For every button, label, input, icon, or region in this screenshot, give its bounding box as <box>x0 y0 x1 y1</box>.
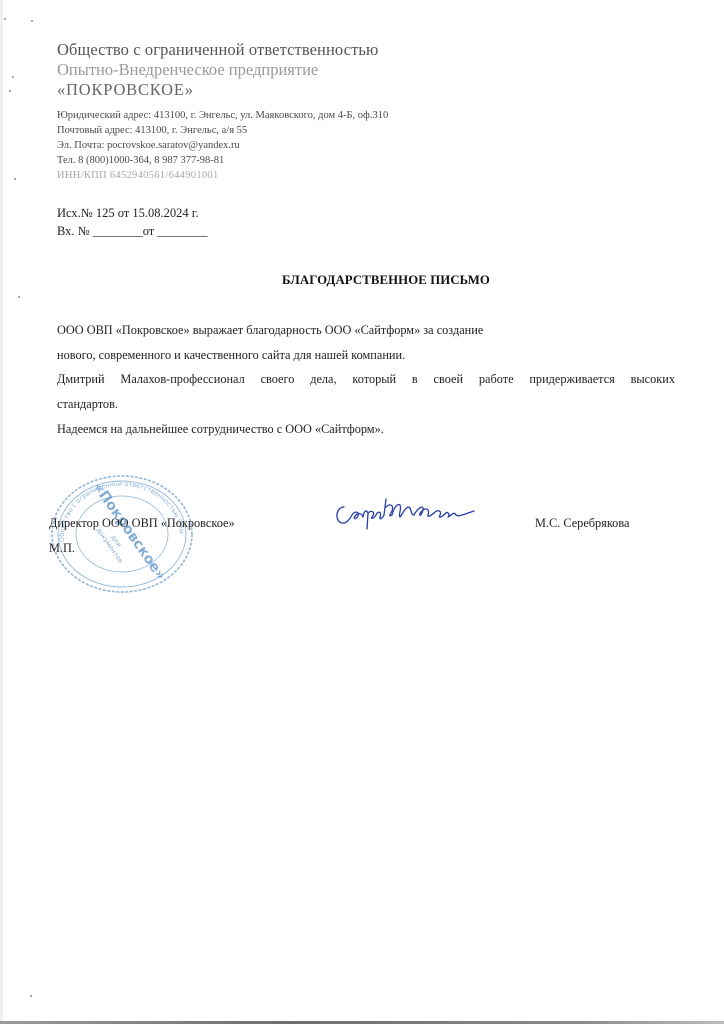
body-paragraph-2-line-2: стандартов. <box>57 397 118 412</box>
scan-speck <box>14 178 16 180</box>
director-position: Директор ООО ОВП «Покровское» <box>49 516 235 531</box>
handwritten-signature <box>330 493 480 533</box>
scan-speck <box>18 296 20 298</box>
scan-speck <box>30 995 32 997</box>
body-paragraph-3: Надеемся на дальнейшее сотрудничество с … <box>57 422 384 437</box>
email-address: Эл. Почта: pocrovskoe.saratov@yandex.ru <box>57 140 240 151</box>
letter-page: Общество с ограниченной ответственностью… <box>0 0 724 1024</box>
incoming-number: Вх. № ________от ________ <box>57 224 207 239</box>
letterhead-org-subtitle: Опытно-Внедренческое предприятие <box>57 60 318 80</box>
body-paragraph-2-line-1: Дмитрий Малахов-профессионал своего дела… <box>57 372 675 387</box>
signer-name: М.С. Серебрякова <box>535 516 629 531</box>
phone-numbers: Тел. 8 (800)1000-364, 8 987 377-98-81 <box>57 155 224 166</box>
letterhead-org-type: Общество с ограниченной ответственностью <box>57 40 378 60</box>
scan-speck <box>31 20 33 22</box>
legal-address: Юридический адрес: 413100, г. Энгельс, у… <box>57 110 388 121</box>
outgoing-number: Исх.№ 125 от 15.08.2024 г. <box>57 206 199 221</box>
body-paragraph-1-line-2: нового, современного и качественного сай… <box>57 348 405 363</box>
scan-speck <box>9 90 11 92</box>
postal-address: Почтовый адрес: 413100, г. Энгельс, а/я … <box>57 125 247 136</box>
body-paragraph-1-line-1: ООО ОВП «Покровское» выражает благодарно… <box>57 323 483 338</box>
scan-edge-left <box>0 0 3 1024</box>
scan-speck <box>12 76 14 78</box>
company-seal-stamp: Общество с ограниченной ответственностью… <box>40 472 200 594</box>
seal-mark: М.П. <box>49 541 75 556</box>
letterhead-org-name: «ПОКРОВСКОЕ» <box>57 80 194 100</box>
inn-kpp: ИНН/КПП 6452940561/644901001 <box>57 170 219 181</box>
letter-title: БЛАГОДАРСТВЕННОЕ ПИСЬМО <box>282 273 490 288</box>
scan-speck <box>4 18 6 20</box>
